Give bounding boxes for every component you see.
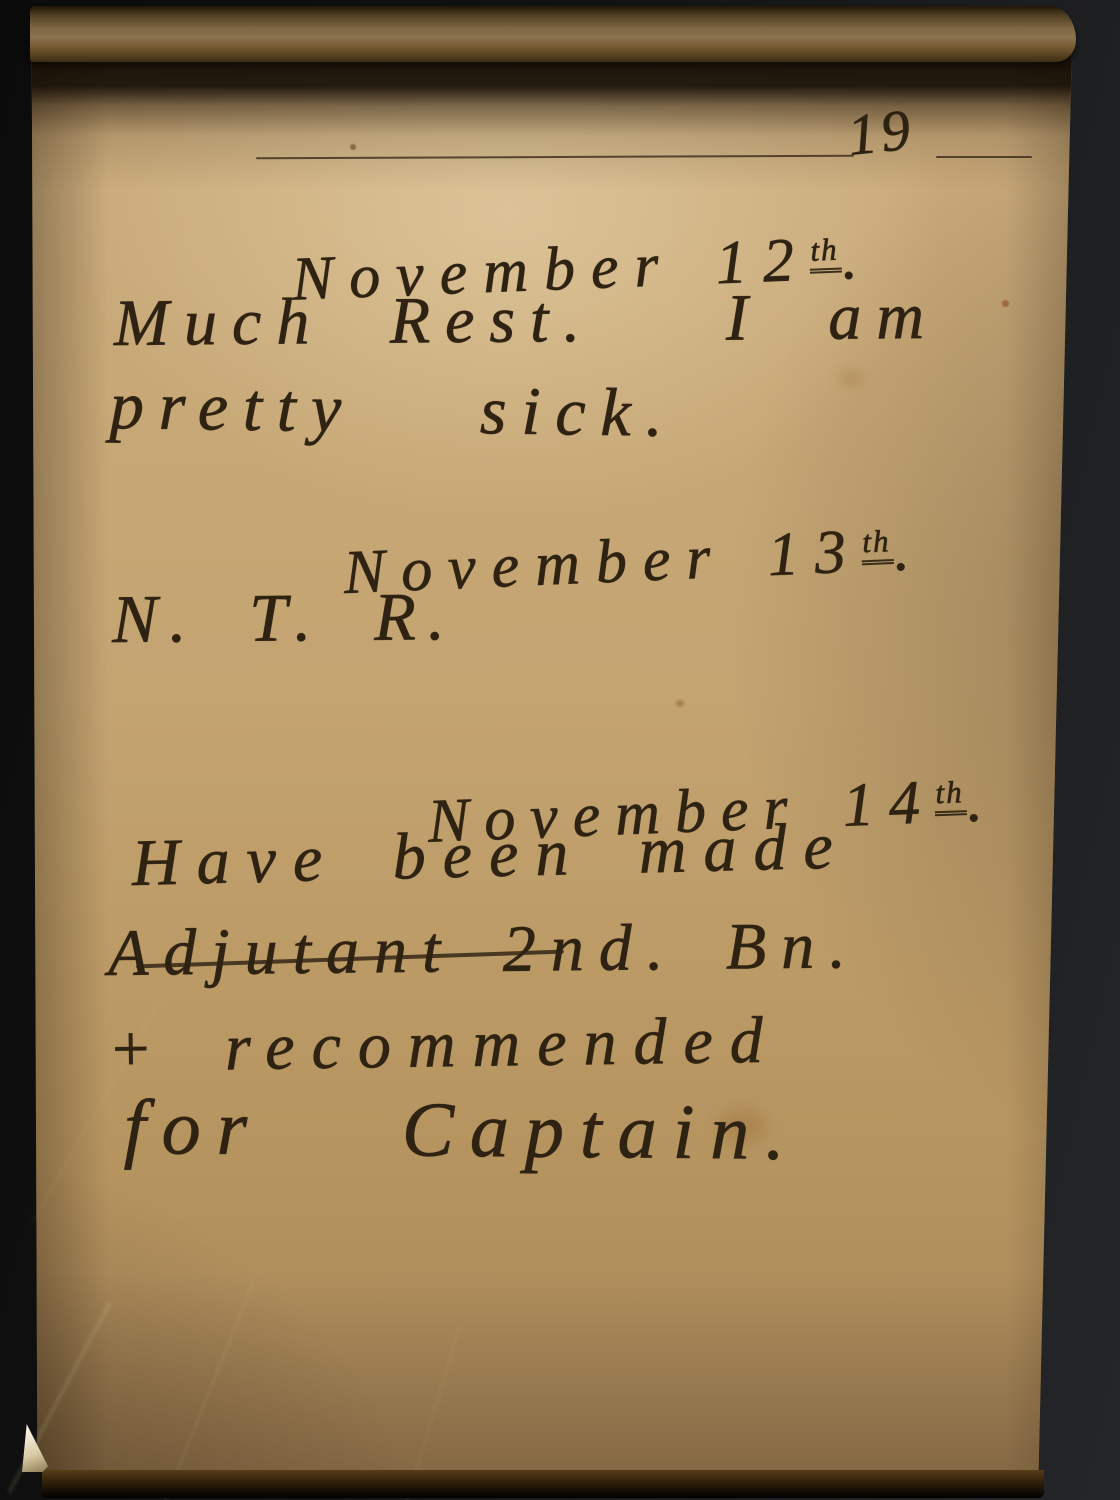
notebook-binding-curl <box>30 6 1076 62</box>
entry-body-line: Adjutant 2nd. Bn. <box>108 908 861 992</box>
date-ordinal: th <box>934 774 968 816</box>
paper-stain <box>838 368 864 388</box>
date-period: . <box>966 766 999 835</box>
photo-backdrop: 19 November 12th. Much Rest. I am pretty… <box>0 0 1120 1500</box>
date-period: . <box>892 515 926 584</box>
paper-speck <box>1002 300 1009 307</box>
entry-body-line: pretty sick. <box>109 366 678 453</box>
entry-body-line: for Captain. <box>124 1082 802 1178</box>
entry-body-line: + recommended <box>107 1003 780 1088</box>
entry-body-line: Much Rest. I am <box>114 279 940 362</box>
page-stack-edge <box>42 1470 1044 1498</box>
entry-body-line: N. T. R. <box>112 577 457 659</box>
date-ordinal: th <box>809 231 843 273</box>
header-rule-right <box>936 156 1032 158</box>
date-ordinal: th <box>861 523 895 565</box>
paper-speck <box>350 144 356 150</box>
